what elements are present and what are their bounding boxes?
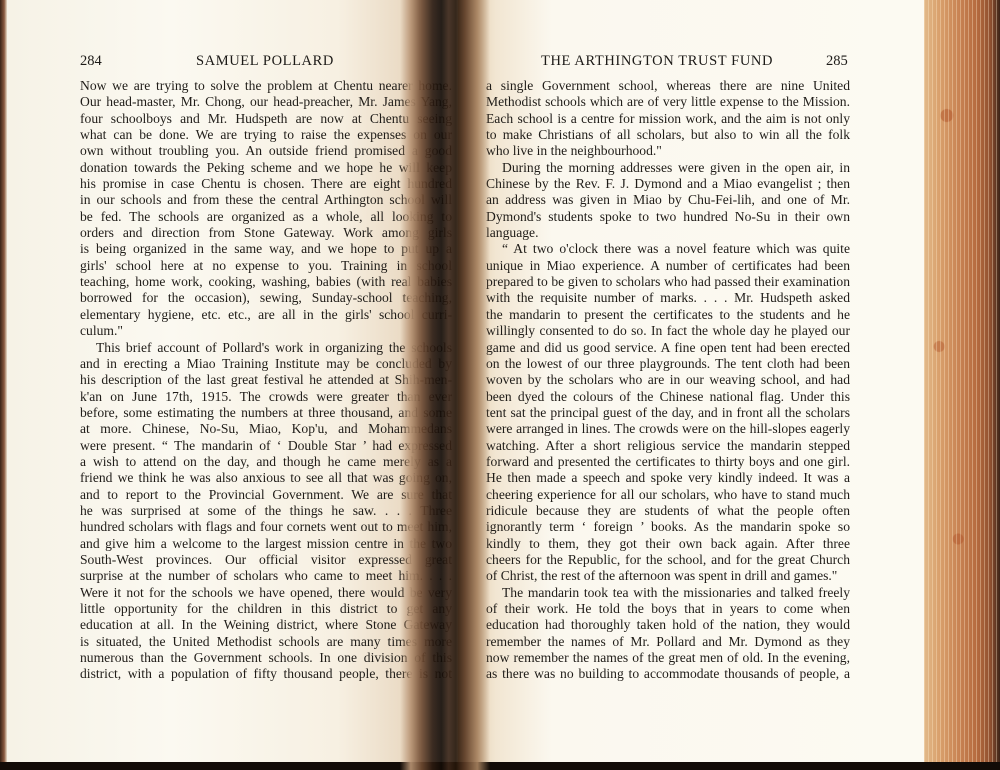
scan-bottom-border (0, 762, 1000, 770)
right-running-head: THE ARTHINGTON TRUST FUND (541, 53, 773, 70)
text-line: in our schools and from these the centra… (80, 192, 452, 208)
right-page-body: a single Government school, whereas ther… (486, 78, 850, 683)
text-line: of Christ, the rest of the afternoon was… (486, 568, 850, 584)
text-line: his description of the last great festiv… (80, 372, 452, 388)
text-line: This brief account of Pollard's work in … (80, 340, 452, 356)
text-line: borrowed for the occasion), sewing, Sund… (80, 290, 452, 306)
left-page-body: Now we are trying to solve the problem a… (80, 78, 452, 683)
text-line: willingly consented to do so. In fact th… (486, 323, 850, 339)
text-line: little opportunity for the children in t… (80, 601, 452, 617)
text-line: Were it not for the schools we have open… (80, 585, 452, 601)
text-line: before, some estimating the numbers at t… (80, 405, 452, 421)
text-line: During the morning addresses were given … (486, 160, 850, 176)
text-line: prepared to be given to scholars who had… (486, 274, 850, 290)
text-line: who live in the neighbourhood." (486, 143, 850, 159)
text-line: culum." (80, 323, 452, 339)
text-line: elementary hygiene, etc. etc., are all i… (80, 307, 452, 323)
text-line: on the lowest of our three playgrounds. … (486, 356, 850, 372)
text-line: South-West provinces. Our official visit… (80, 552, 452, 568)
text-line: been dyed the colours of the Chinese nat… (486, 389, 850, 405)
text-line: Now we are trying to solve the problem a… (80, 78, 452, 94)
left-cover-edge (0, 0, 7, 762)
text-line: donation towards the Peking scheme and w… (80, 160, 452, 176)
text-line: woven by the scholars who are in our wea… (486, 372, 850, 388)
text-line: be fed. The schools are organized as a w… (80, 209, 452, 225)
text-line: with the requisite number of marks. . . … (486, 290, 850, 306)
text-line: of their work. He told the boys that in … (486, 601, 850, 617)
text-line: his promise in case Chentu is chosen. Th… (80, 176, 452, 192)
text-line: at more. Chinese, No-Su, Miao, Kop'u, an… (80, 421, 452, 437)
text-line: a single Government school, whereas ther… (486, 78, 850, 94)
left-running-head: SAMUEL POLLARD (196, 53, 334, 70)
text-line: now remember the names of the great men … (486, 650, 850, 666)
text-line: education had thoroughly taken hold of t… (486, 617, 850, 633)
book-gutter-shadow (400, 0, 490, 770)
text-line: cheering experience for all our scholars… (486, 487, 850, 503)
text-line: teaching, home work, cooking, washing, b… (80, 274, 452, 290)
text-line: a wish to attend on the day, and though … (80, 454, 452, 470)
text-line: and to report to the Provincial Governme… (80, 487, 452, 503)
text-line: were present. “ The mandarin of ‘ Double… (80, 438, 452, 454)
text-line: district, with a population of fifty tho… (80, 666, 452, 682)
text-line: friend we think he was also anxious to s… (80, 470, 452, 486)
text-line: He then made a speech and spoke very kin… (486, 470, 850, 486)
text-line: as there was no building to accommodate … (486, 666, 850, 682)
text-line: watching. After a short religious servic… (486, 438, 850, 454)
text-line: what can be done. We are trying to raise… (80, 127, 452, 143)
text-line: he was surprised at some of the things h… (80, 503, 452, 519)
text-line: girls' school here at no expense to you.… (80, 258, 452, 274)
text-line: language. (486, 225, 850, 241)
text-line: cheers for the Republic, for the school,… (486, 552, 850, 568)
text-line: an address was given in Miao by Chu-Fei-… (486, 192, 850, 208)
text-line: ridicule because they are students of wh… (486, 503, 850, 519)
text-line: ignorantly term ‘ foreign ’ books. As th… (486, 519, 850, 535)
text-line: the mandarin to present the certificates… (486, 307, 850, 323)
text-line: Each school is a centre for mission work… (486, 111, 850, 127)
text-line: Our head-master, Mr. Chong, our head-pre… (80, 94, 452, 110)
text-line: hundred scholars with flags and four cor… (80, 519, 452, 535)
text-line: Methodist schools which are of very litt… (486, 94, 850, 110)
text-line: k'an on June 17th, 1915. The crowds were… (80, 389, 452, 405)
text-line: were arranged in lines. The crowds were … (486, 421, 850, 437)
text-line: kindly to them, they got their own back … (486, 536, 850, 552)
text-line: game and did us good service. A fine ope… (486, 340, 850, 356)
page-edge-stack (924, 0, 1000, 770)
text-line: own without troubling you. An outside fr… (80, 143, 452, 159)
text-line: tent sat the principal guest of the day,… (486, 405, 850, 421)
text-line: is situated, the United Methodist school… (80, 634, 452, 650)
text-line: Dymond's students spoke to two hundred N… (486, 209, 850, 225)
text-line: orders and direction from Stone Gateway.… (80, 225, 452, 241)
text-line: surprise at the number of scholars who c… (80, 568, 452, 584)
text-line: and give him a welcome to the largest mi… (80, 536, 452, 552)
text-line: “ At two o'clock there was a novel featu… (486, 241, 850, 257)
text-line: numerous than the Government schools. In… (80, 650, 452, 666)
text-line: is being organized in the same way, and … (80, 241, 452, 257)
text-line: The mandarin took tea with the missionar… (486, 585, 850, 601)
text-line: to make Christians of all scholars, but … (486, 127, 850, 143)
text-line: education at all. In the Weining distric… (80, 617, 452, 633)
right-page-number: 285 (826, 53, 848, 70)
text-line: remember the names of Mr. Pollard and Mr… (486, 634, 850, 650)
text-line: and in erecting a Miao Training Institut… (80, 356, 452, 372)
left-page-number: 284 (80, 53, 102, 70)
text-line: forward and presented the certificates t… (486, 454, 850, 470)
text-line: unique in Miao experience. A number of c… (486, 258, 850, 274)
text-line: four schoolboys and Mr. Hudspeth are now… (80, 111, 452, 127)
open-book-scan: 284 SAMUEL POLLARD THE ARTHINGTON TRUST … (0, 0, 1000, 762)
text-line: Chinese by the Rev. F. J. Dymond and a M… (486, 176, 850, 192)
